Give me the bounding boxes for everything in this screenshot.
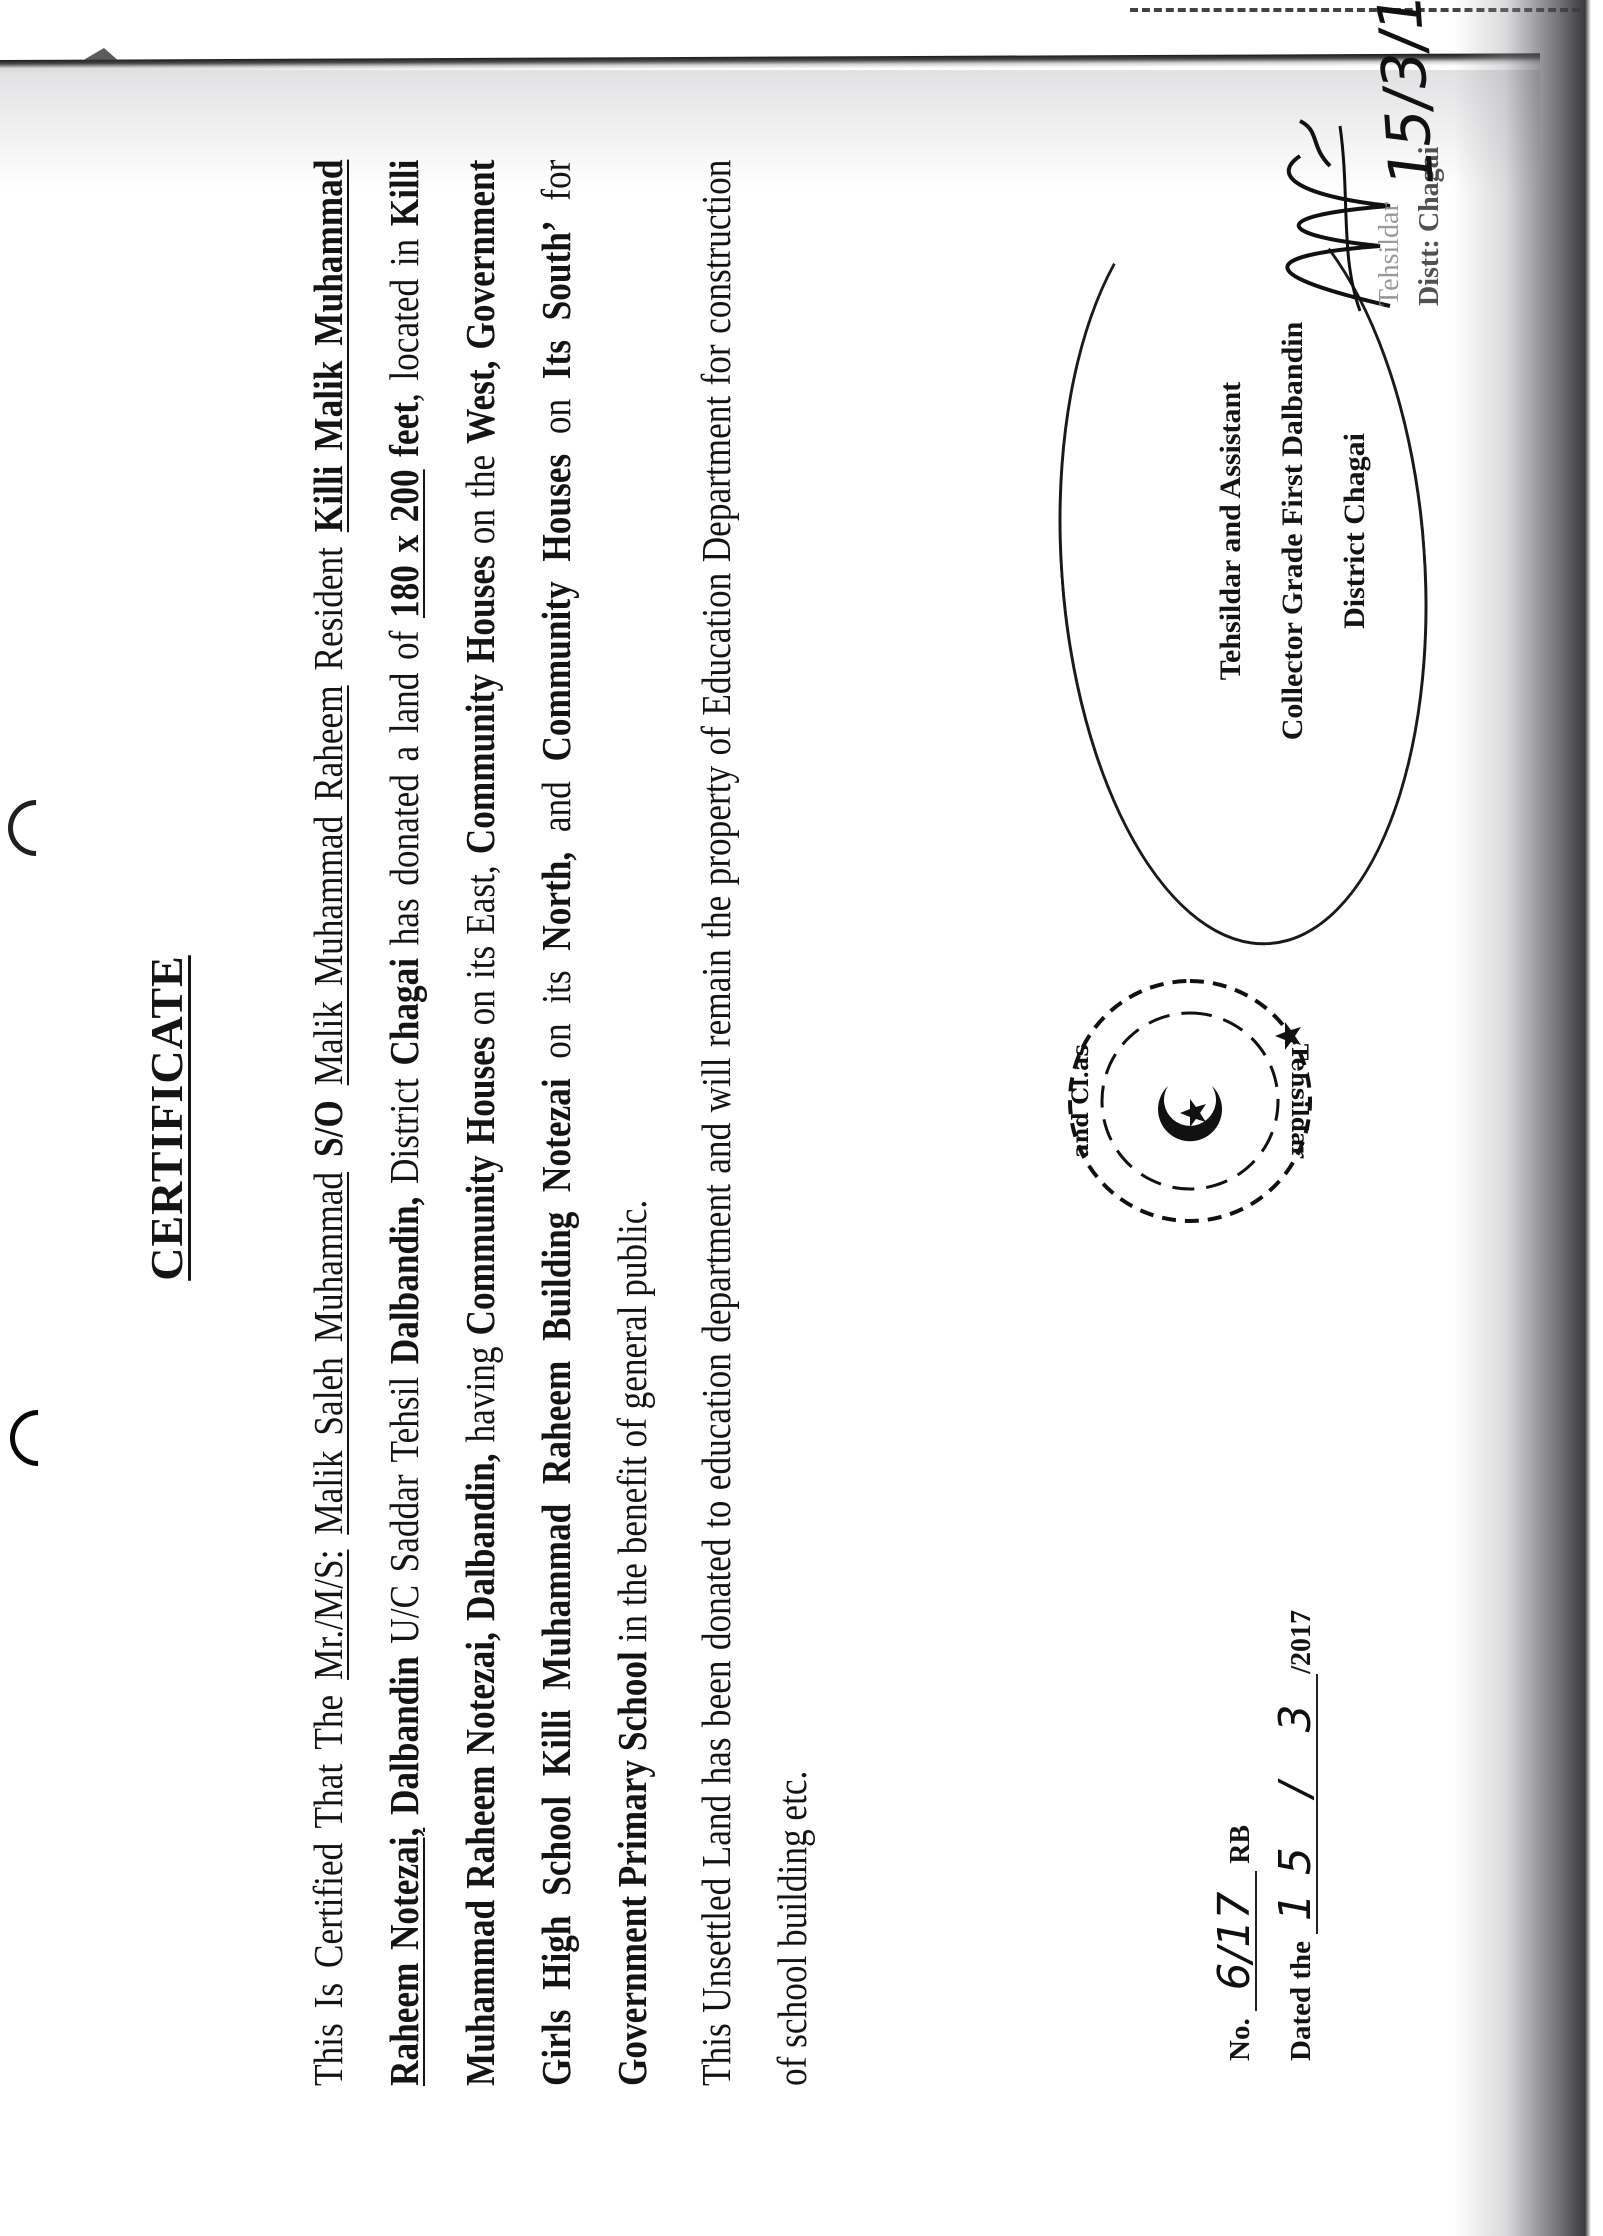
reference-block: No. 6/17 RB Dated the 15 / 3/2017	[1210, 1610, 1332, 2061]
svg-text:and Cl.as: and Cl.as	[1068, 1044, 1094, 1157]
certificate-paragraph-2: This Unsettled Land has been donated to …	[678, 160, 830, 2086]
reference-date-value: 15 / 3	[1276, 1674, 1318, 1934]
certificate-page: CERTIFICATE This Is Certified That The M…	[0, 0, 1603, 2236]
reference-number: No. 6/17 RB	[1210, 1610, 1271, 2061]
svg-text:Tehsildar: Tehsildar	[1286, 1044, 1312, 1159]
official-seal-icon: and Cl.as Tehsildar	[1040, 951, 1340, 1251]
document-title: CERTIFICATE	[140, 0, 193, 2236]
reference-number-value: 6/17	[1215, 1871, 1257, 2011]
reference-date: Dated the 15 / 3/2017	[1271, 1610, 1332, 2061]
certificate-paragraph-1: This Is Certified That The Mr./M/S: Mali…	[290, 160, 670, 2086]
certificate-body: This Is Certified That The Mr./M/S: Mali…	[290, 160, 830, 2086]
